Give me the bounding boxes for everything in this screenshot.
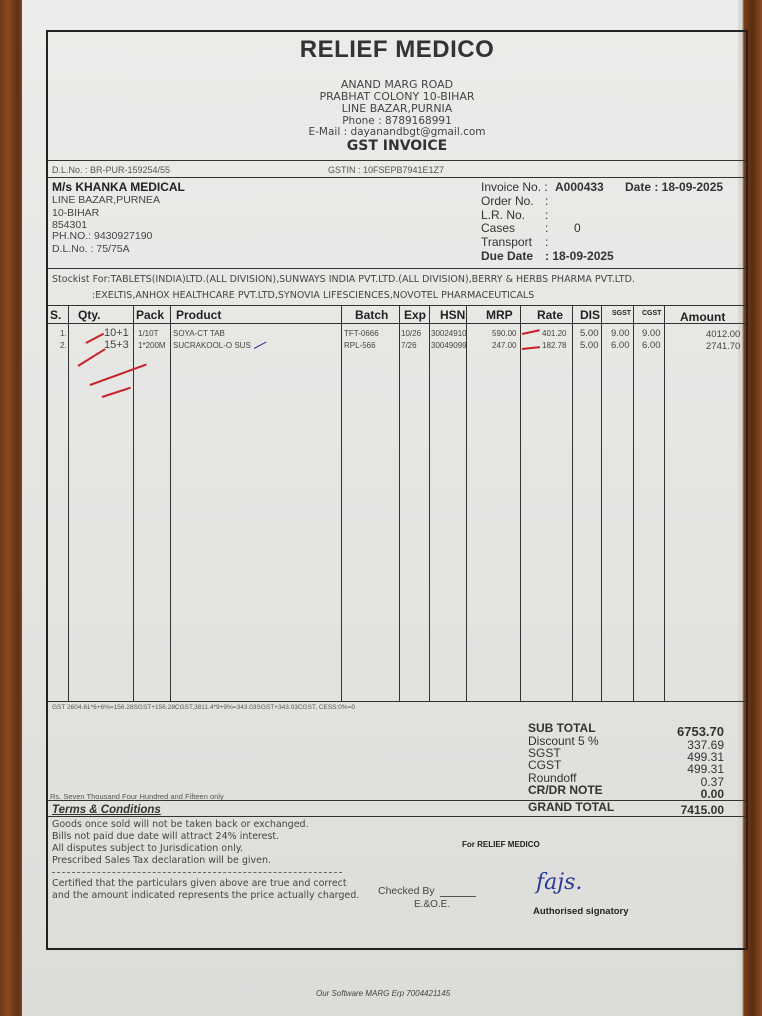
buyer-dl-no: D.L.No. : 75/75A [52,243,130,255]
ink-tick-mark [522,329,540,335]
signature: fajs. [536,870,582,895]
terms-divider [52,872,342,873]
ink-tick-mark [86,333,105,344]
cases-value: 0 [574,221,581,235]
terms-line: Bills not paid due date will attract 24%… [52,831,279,843]
row-dis: 5.00 [580,340,599,351]
document-title: GST INVOICE [48,138,746,154]
col-dis: DIS [580,308,600,322]
buyer-phone: PH.NO.: 9430927190 [52,230,152,242]
seller-name: RELIEF MEDICO [48,36,746,64]
col-exp: Exp [404,308,426,322]
row-batch: TFT-0666 [344,329,379,338]
terms-heading: Terms & Conditions [52,804,161,816]
row-pack: 1*200M [138,341,166,350]
due-date: : 18-09-2025 [545,249,614,263]
invoice-no: A000433 [555,180,604,194]
col-batch: Batch [355,308,388,322]
row-rate: 401.20 [542,329,566,338]
row-amount: 2741.70 [706,341,740,352]
ink-tick-mark [102,387,131,398]
sub-total-label: SUB TOTAL [528,721,596,735]
row-qty: 15+3 [104,339,129,351]
authorised-signatory-label: Authorised signatory [533,906,629,917]
col-qty: Qty. [78,308,100,322]
row-cgst: 6.00 [642,340,661,351]
terms-line: All disputes subject to Jurisdication on… [52,843,243,855]
invoice-no-label: Invoice No. : [481,180,548,194]
row-batch: RPL-566 [344,341,376,350]
col-product: Product [176,308,221,322]
gst-summary: GST 2604.61*6+6%=156.28SGST+156.28CGST,3… [52,704,355,711]
invoice-frame: RELIEF MEDICO ANAND MARG ROAD PRABHAT CO… [46,30,748,950]
certified-line-2: and the amount indicated represents the … [52,890,359,902]
col-mrp: MRP [486,308,513,322]
col-sno: S. [50,308,61,322]
ink-tick-mark [90,364,147,386]
col-sgst: SGST [612,310,631,317]
row-hsn: 30049099 [431,341,467,350]
ink-tick-mark [77,348,105,367]
certified-line-1: Certified that the particulars given abo… [52,878,347,890]
col-cgst: CGST [642,310,661,317]
row-exp: 10/26 [401,329,421,338]
cgst-label: CGST [528,758,561,772]
stockist-line-1: Stockist For:TABLETS(INDIA)LTD.(ALL DIVI… [52,274,635,285]
row-dis: 5.00 [580,328,599,339]
seller-email: E-Mail : dayanandbgt@gmail.com [48,126,746,138]
cases-colon: : [545,221,548,235]
grand-total-label: GRAND TOTAL [528,800,614,814]
software-footer: Our Software MARG Erp 7004421145 [316,989,450,998]
row-sgst: 6.00 [611,340,630,351]
transport-colon: : [545,235,548,249]
row-rate: 182.78 [542,341,566,350]
col-hsn: HSN [440,308,465,322]
stockist-line-2: :EXELTIS,ANHOX HEALTHCARE PVT.LTD,SYNOVI… [92,290,534,301]
order-no-label: Order No. [481,194,534,208]
transport-label: Transport [481,235,532,249]
row-mrp: 247.00 [492,341,516,350]
row-product: SOYA-CT TAB [173,329,225,338]
row-cgst: 9.00 [642,328,661,339]
buyer-line-2: 10-BIHAR [52,207,99,219]
seller-gstin: GSTIN : 10FSEPB7941E1Z7 [328,165,444,175]
row-exp: 7/26 [401,341,417,350]
invoice-date: Date : 18-09-2025 [625,180,723,194]
seller-dl-no: D.L.No. : BR-PUR-159254/55 [52,165,170,175]
due-date-label: Due Date [481,249,533,263]
col-pack: Pack [136,308,164,322]
row-qty: 10+1 [104,327,129,339]
col-rate: Rate [537,308,563,322]
buyer-line-1: LINE BAZAR,PURNEA [52,194,160,206]
col-amount: Amount [680,310,725,324]
sub-total-value: 6753.70 [677,724,724,739]
checked-by-label: Checked By [378,885,435,897]
grand-total-value: 7415.00 [681,803,724,817]
cases-label: Cases [481,221,515,235]
row-sgst: 9.00 [611,328,630,339]
order-no-colon: : [545,194,548,208]
row-sno: 1. [60,329,67,338]
crdr-label: CR/DR NOTE [528,783,603,797]
ink-check-mark [254,341,267,348]
crdr-value: 0.00 [701,787,724,801]
eoe-label: E.&O.E. [414,899,450,910]
buyer-name: M/s KHANKA MEDICAL [52,180,185,194]
cgst-value: 499.31 [687,762,724,776]
row-amount: 4012.00 [706,329,740,340]
row-hsn: 30024910 [431,329,467,338]
terms-line: Goods once sold will not be taken back o… [52,819,309,831]
terms-line: Prescribed Sales Tax declaration will be… [52,855,271,867]
for-seller-label: For RELIEF MEDICO [462,840,540,849]
row-mrp: 590.00 [492,329,516,338]
row-sno: 2. [60,341,67,350]
lr-no-label: L.R. No. [481,208,525,222]
seller-address-3: LINE BAZAR,PURNIA [48,103,746,115]
ink-tick-mark [522,346,540,350]
lr-no-colon: : [545,208,548,222]
row-pack: 1/10T [138,329,158,338]
row-product: SUCRAKOOL-O SUS [173,341,251,350]
